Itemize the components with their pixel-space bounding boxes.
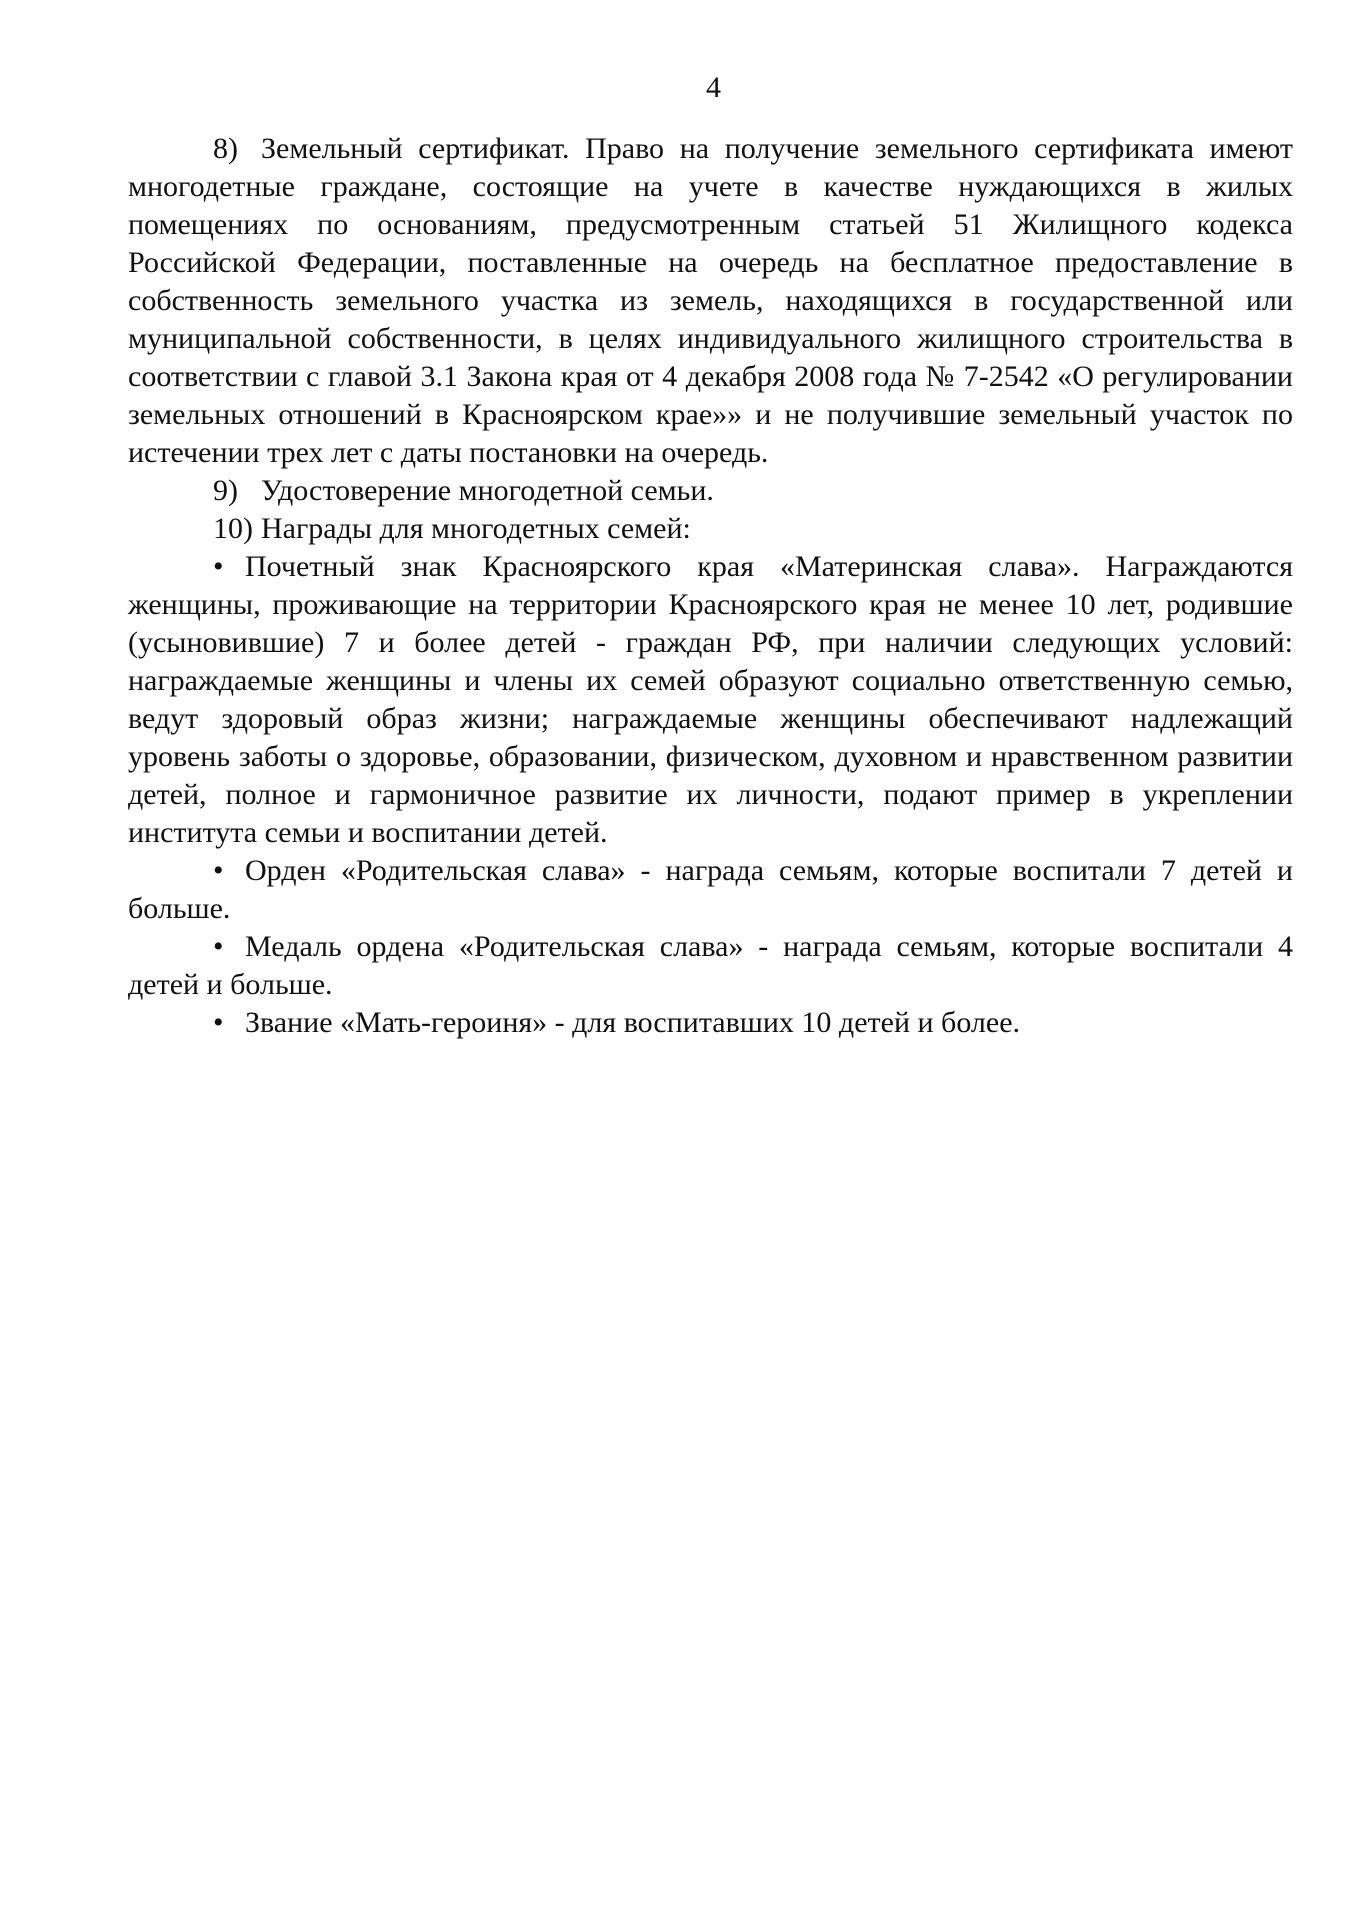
paragraph-awards-heading: 10)Награды для многодетных семей: <box>128 510 1293 548</box>
paragraph-land-certificate: 8)Земельный сертификат. Право на получен… <box>128 130 1293 472</box>
bullet-order-parental-glory-text: Орден «Родительская слава» - награда сем… <box>128 854 1293 925</box>
list-number-8: 8) <box>213 130 261 168</box>
bullet-icon: • <box>213 1004 245 1042</box>
paragraph-awards-heading-text: Награды для многодетных семей: <box>261 512 691 545</box>
bullet-medal-parental-glory: •Медаль ордена «Родительская слава» - на… <box>128 928 1293 1004</box>
bullet-title-mother-heroine: •Звание «Мать-героиня» - для воспитавших… <box>128 1004 1293 1042</box>
paragraph-family-id-card-text: Удостоверение многодетной семьи. <box>261 474 714 507</box>
page-number: 4 <box>0 72 1357 104</box>
bullet-medal-parental-glory-text: Медаль ордена «Родительская слава» - наг… <box>128 930 1293 1001</box>
document-body: 8)Земельный сертификат. Право на получен… <box>128 130 1293 1042</box>
paragraph-family-id-card: 9)Удостоверение многодетной семьи. <box>128 472 1293 510</box>
bullet-icon: • <box>213 852 245 890</box>
bullet-order-parental-glory: •Орден «Родительская слава» - награда се… <box>128 852 1293 928</box>
bullet-icon: • <box>213 928 245 966</box>
bullet-maternal-glory-badge-text: Почетный знак Красноярского края «Матери… <box>128 550 1293 849</box>
paragraph-land-certificate-text: Земельный сертификат. Право на получение… <box>128 132 1293 469</box>
list-number-10: 10) <box>213 510 261 548</box>
document-page: 4 8)Земельный сертификат. Право на получ… <box>0 0 1357 1920</box>
bullet-icon: • <box>213 548 245 586</box>
bullet-title-mother-heroine-text: Звание «Мать-героиня» - для воспитавших … <box>245 1006 1020 1039</box>
list-number-9: 9) <box>213 472 261 510</box>
bullet-maternal-glory-badge: •Почетный знак Красноярского края «Матер… <box>128 548 1293 852</box>
